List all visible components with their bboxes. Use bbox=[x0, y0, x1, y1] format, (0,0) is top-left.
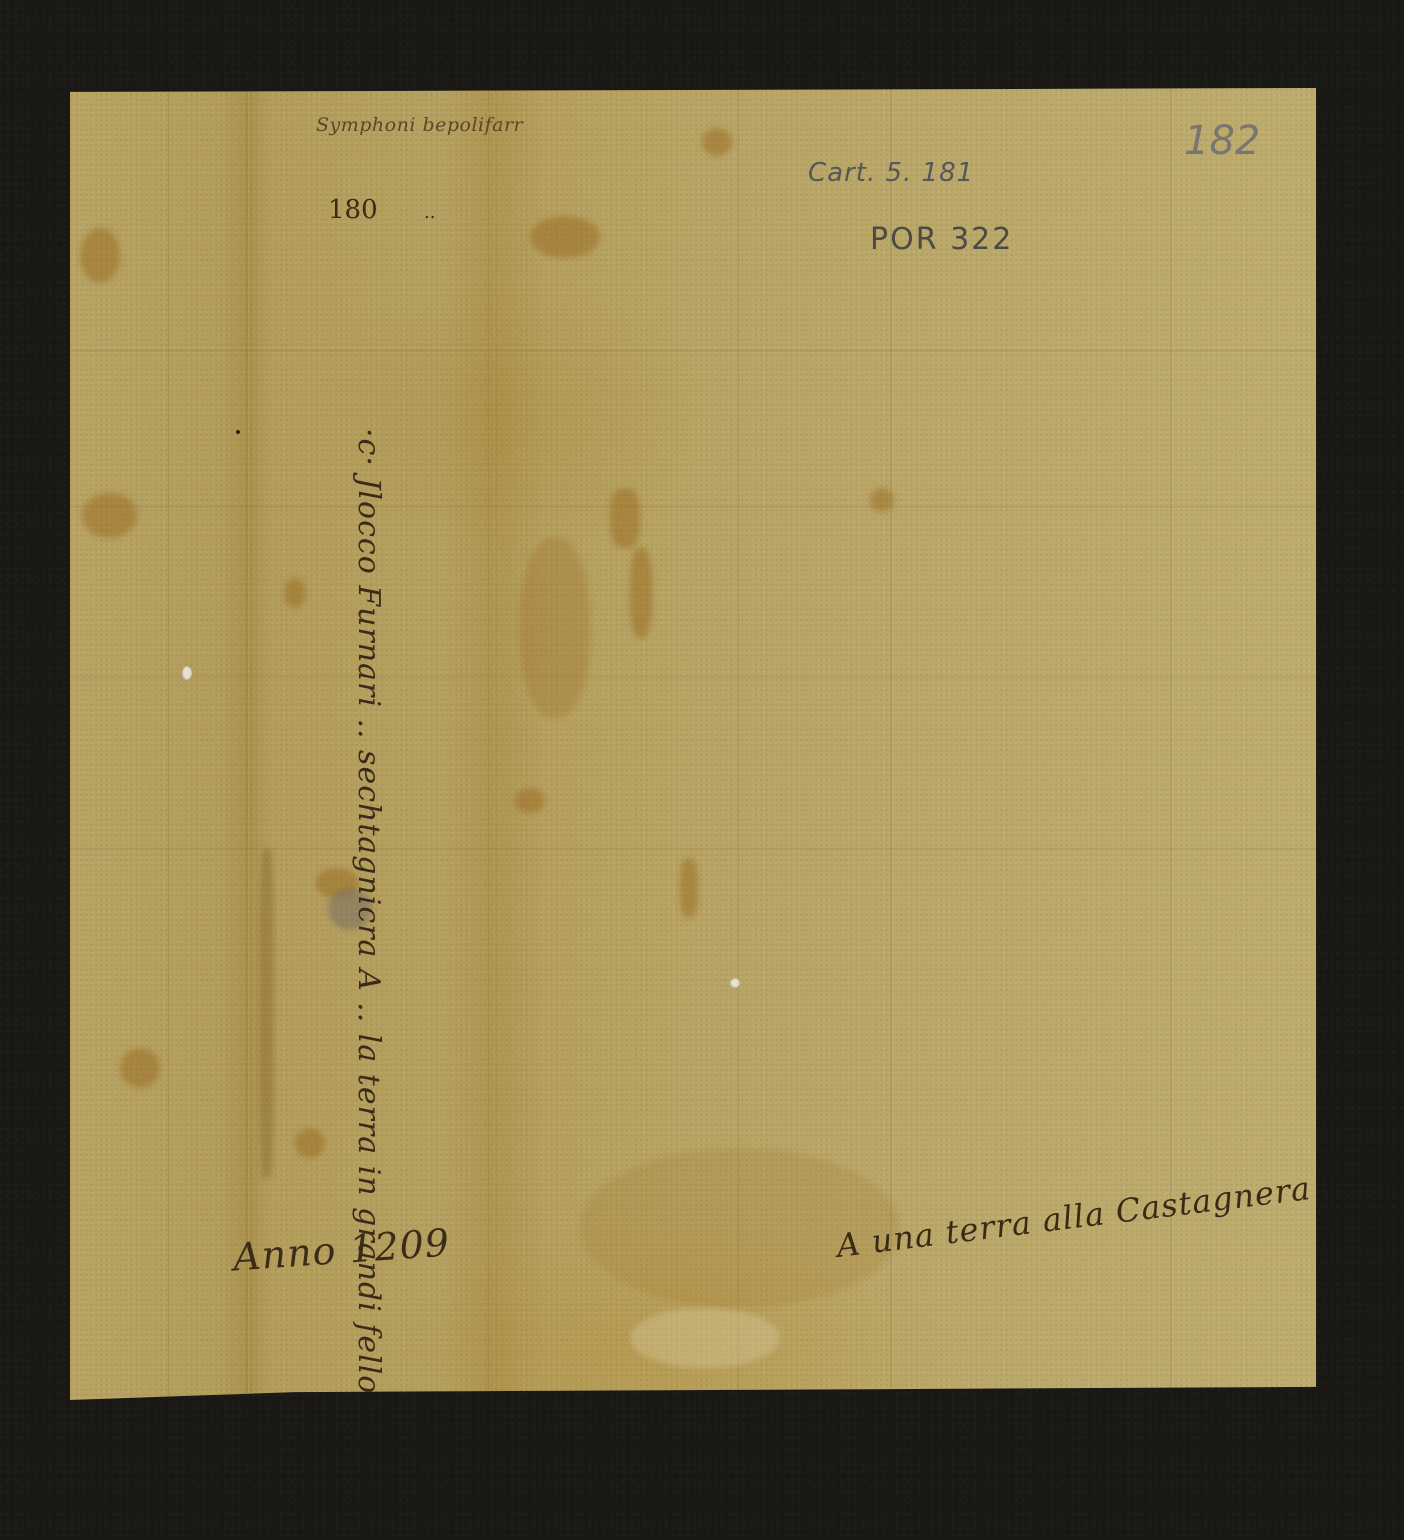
fold-line bbox=[488, 88, 491, 1400]
folio-number: 182 bbox=[1184, 118, 1260, 164]
stain bbox=[870, 488, 894, 512]
stain bbox=[702, 128, 732, 156]
stain bbox=[80, 228, 120, 283]
faded-title-note: Symphoni bepolifarr bbox=[316, 114, 523, 136]
stain bbox=[520, 538, 590, 718]
hole bbox=[730, 978, 740, 988]
fold-line bbox=[168, 88, 171, 1400]
stain bbox=[295, 1128, 325, 1158]
old-number-note: 180 bbox=[328, 195, 378, 225]
stain bbox=[680, 858, 698, 918]
ink-dot bbox=[236, 430, 240, 434]
stain bbox=[530, 216, 600, 258]
stain bbox=[630, 548, 652, 638]
fold-line bbox=[246, 88, 249, 1400]
fold-line bbox=[70, 848, 1316, 850]
stain bbox=[82, 493, 137, 538]
por-number: POR 322 bbox=[870, 222, 1013, 257]
bottom-dorsal-note: A una terra alla Castagnera bbox=[834, 1169, 1313, 1265]
old-number-dots: .. bbox=[424, 202, 435, 223]
fold-line bbox=[70, 506, 1316, 508]
parchment-sheet: Symphoni bepolifarr 180 .. Cart. 5. 181 … bbox=[70, 88, 1316, 1400]
fold-line bbox=[70, 350, 1316, 352]
hole bbox=[182, 666, 192, 680]
vertical-dorsal-note: ·c· Jlocco Furnari .. sechtagnicra A .. … bbox=[351, 428, 386, 1426]
stain bbox=[630, 1308, 780, 1368]
archival-signature: Cart. 5. 181 bbox=[808, 158, 974, 188]
stain bbox=[610, 488, 640, 548]
stain bbox=[120, 1048, 160, 1088]
stain bbox=[515, 788, 545, 813]
fold-line bbox=[70, 676, 1316, 678]
stain-band bbox=[260, 848, 274, 1178]
year-note: Anno 1209 bbox=[232, 1220, 452, 1279]
stain bbox=[284, 578, 306, 608]
